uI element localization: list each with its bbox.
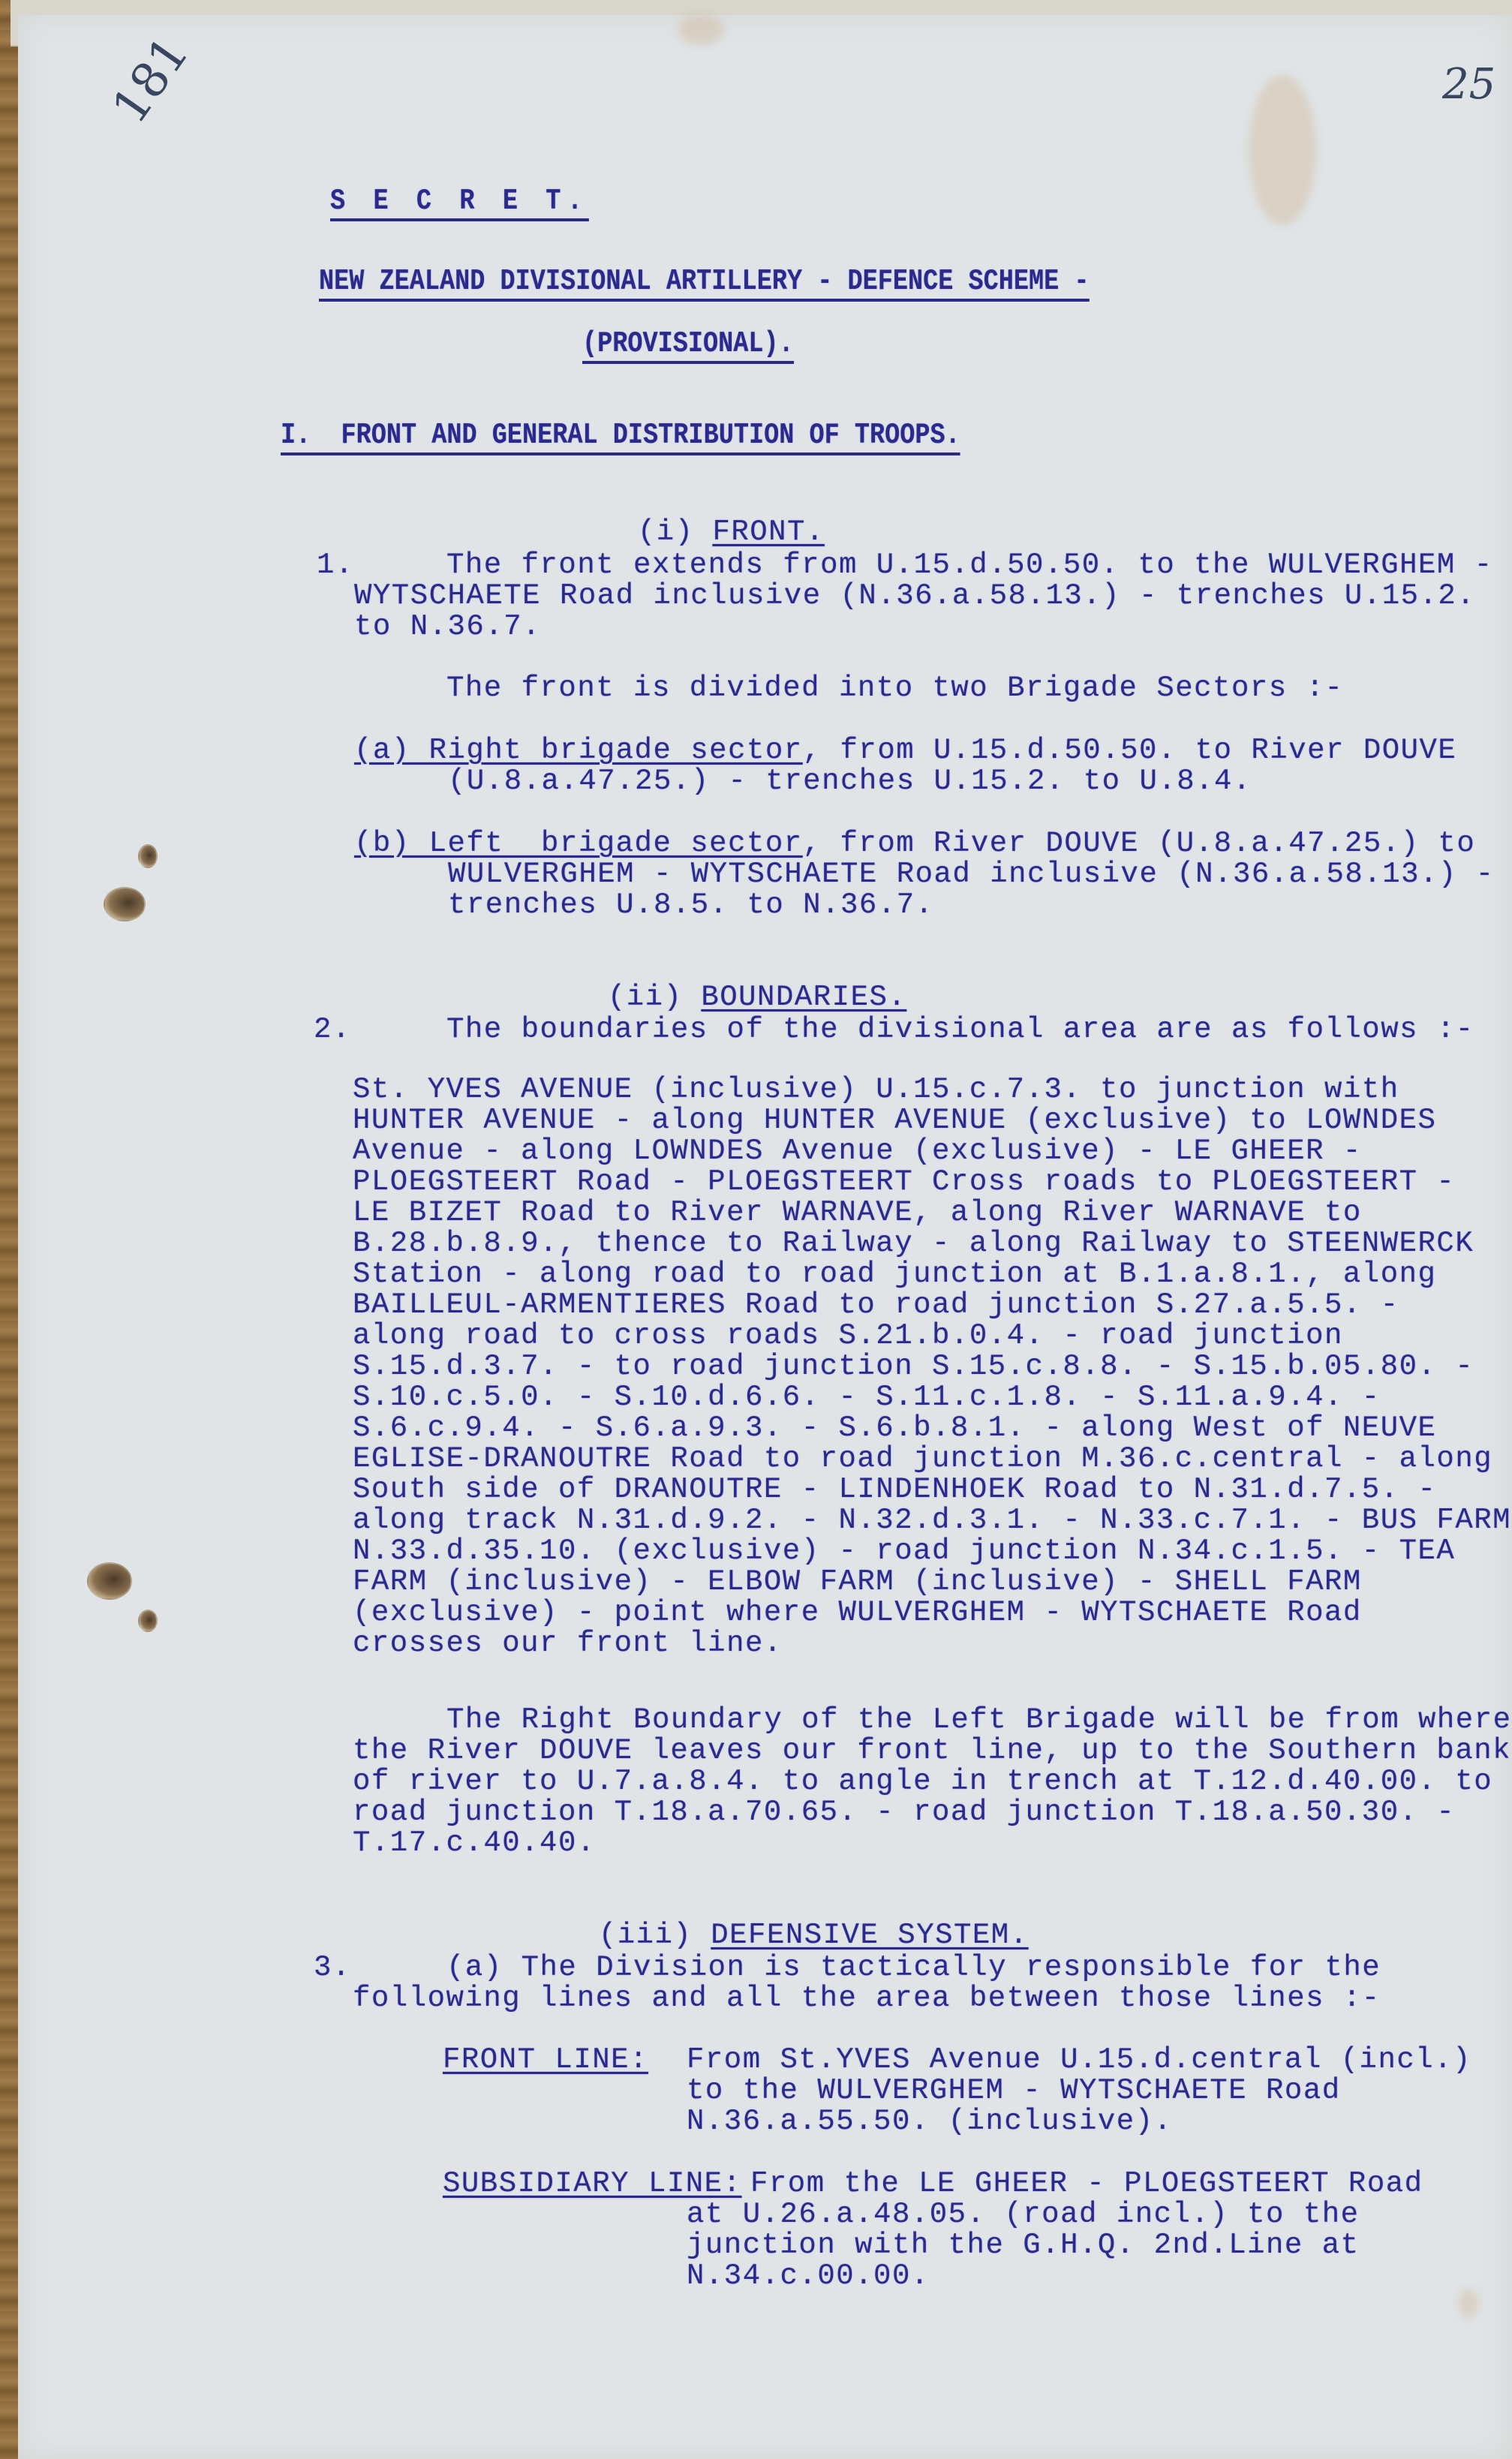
paragraph-line: B.28.b.8.9., thence to Railway - along R… bbox=[353, 1228, 1474, 1259]
paper-stain bbox=[678, 15, 723, 45]
subsidiary-line-text: From the LE GHEER - PLOEGSTEERT Road bbox=[750, 2169, 1423, 2199]
front-line-label: FRONT LINE: bbox=[443, 2045, 648, 2076]
paragraph-line: BAILLEUL-ARMENTIERES Road to road juncti… bbox=[353, 1290, 1399, 1321]
paragraph-line: The Right Boundary of the Left Brigade w… bbox=[446, 1705, 1512, 1736]
paragraph-line: S.6.c.9.4. - S.6.a.9.3. - S.6.b.8.1. - a… bbox=[353, 1413, 1436, 1444]
paragraph-line: along road to cross roads S.21.b.0.4. - … bbox=[353, 1321, 1343, 1351]
paragraph-line: crosses our front line. bbox=[353, 1628, 783, 1659]
paper-stain bbox=[1459, 2289, 1478, 2319]
sector-b: (b) Left brigade sector, from River DOUV… bbox=[354, 828, 1475, 859]
paragraph-line: to N.36.7. bbox=[354, 612, 541, 642]
punch-hole bbox=[138, 844, 158, 868]
subsidiary-line-text: N.34.c.00.00. bbox=[687, 2261, 930, 2292]
subsection-heading-defensive-system: (iii) DEFENSIVE SYSTEM. bbox=[561, 1889, 1029, 1951]
paragraph-line: road junction T.18.a.70.65. - road junct… bbox=[353, 1797, 1455, 1828]
subsection-numeral: (iii) bbox=[599, 1919, 693, 1952]
subsection-heading-front: (i) FRONT. bbox=[600, 486, 825, 548]
paragraph-line: the River DOUVE leaves our front line, u… bbox=[353, 1736, 1511, 1766]
paragraph-line: (a) The Division is tactically responsib… bbox=[446, 1952, 1381, 1983]
punch-hole bbox=[138, 1610, 158, 1632]
sector-line: , from U.15.d.50.50. to River DOUVE bbox=[803, 734, 1457, 767]
paragraph-line: S.15.d.3.7. - to road junction S.15.c.8.… bbox=[353, 1351, 1474, 1382]
paragraph-line: HUNTER AVENUE - along HUNTER AVENUE (exc… bbox=[353, 1105, 1436, 1136]
paragraph-line: PLOEGSTEERT Road - PLOEGSTEERT Cross roa… bbox=[353, 1167, 1455, 1198]
sector-line: trenches U.8.5. to N.36.7. bbox=[448, 890, 934, 921]
subsection-numeral: (i) bbox=[638, 516, 694, 549]
paragraph-line: WYTSCHAETE Road inclusive (N.36.a.58.13.… bbox=[354, 581, 1475, 612]
section-heading: I. FRONT AND GENERAL DISTRIBUTION OF TRO… bbox=[281, 420, 960, 455]
front-line-text: N.36.a.55.50. (inclusive). bbox=[687, 2106, 1173, 2137]
paragraph-line: FARM (inclusive) - ELBOW FARM (inclusive… bbox=[353, 1567, 1362, 1598]
paragraph-number: 1. bbox=[317, 550, 354, 581]
paragraph-line: The front is divided into two Brigade Se… bbox=[446, 673, 1343, 704]
sector-label: (b) Left brigade sector bbox=[354, 827, 803, 860]
paragraph-line: following lines and all the area between… bbox=[353, 1983, 1381, 2014]
paragraph-line: of river to U.7.a.8.4. to angle in trenc… bbox=[353, 1766, 1492, 1797]
paragraph-line: along track N.31.d.9.2. - N.32.d.3.1. - … bbox=[353, 1505, 1511, 1536]
paragraph-line: The front extends from U.15.d.50.50. to … bbox=[446, 550, 1493, 581]
subsection-title: DEFENSIVE SYSTEM. bbox=[711, 1919, 1028, 1952]
document-title: NEW ZEALAND DIVISIONAL ARTILLERY - DEFEN… bbox=[319, 266, 1090, 302]
paragraph-line: South side of DRANOUTRE - LINDENHOEK Roa… bbox=[353, 1474, 1436, 1505]
paragraph-line: (exclusive) - point where WULVERGHEM - W… bbox=[353, 1598, 1362, 1628]
sector-a: (a) Right brigade sector, from U.15.d.50… bbox=[354, 735, 1456, 766]
subsection-title: BOUNDARIES. bbox=[701, 981, 906, 1014]
sector-line: WULVERGHEM - WYTSCHAETE Road inclusive (… bbox=[448, 859, 1495, 890]
subsection-title: FRONT. bbox=[712, 516, 824, 549]
document-subtitle: (PROVISIONAL). bbox=[582, 329, 794, 364]
subsidiary-line-text: at U.26.a.48.05. (road incl.) to the bbox=[687, 2199, 1360, 2230]
sector-line: (U.8.a.47.25.) - trenches U.15.2. to U.8… bbox=[448, 766, 1252, 797]
paragraph-line: Avenue - along LOWNDES Avenue (exclusive… bbox=[353, 1136, 1362, 1167]
subsidiary-line-text: junction with the G.H.Q. 2nd.Line at bbox=[687, 2230, 1360, 2261]
paragraph-line: Station - along road to road junction at… bbox=[353, 1259, 1436, 1290]
front-line-text: to the WULVERGHEM - WYTSCHAETE Road bbox=[687, 2076, 1341, 2106]
sector-line: , from River DOUVE (U.8.a.47.25.) to bbox=[803, 827, 1476, 860]
paragraph-line: St. YVES AVENUE (inclusive) U.15.c.7.3. … bbox=[353, 1075, 1399, 1105]
classification-heading: S E C R E T. bbox=[330, 186, 589, 221]
paper-stain bbox=[1249, 75, 1316, 225]
paragraph-line: The boundaries of the divisional area ar… bbox=[446, 1015, 1474, 1045]
front-line-text: From St.YVES Avenue U.15.d.central (incl… bbox=[687, 2045, 1471, 2076]
subsidiary-line-label: SUBSIDIARY LINE: bbox=[443, 2169, 741, 2199]
paragraph-number: 2. bbox=[314, 1015, 351, 1045]
paragraph-number: 3. bbox=[314, 1952, 351, 1983]
page-number: 25 bbox=[1442, 60, 1495, 109]
paragraph-line: T.17.c.40.40. bbox=[353, 1828, 596, 1859]
paragraph-line: N.33.d.35.10. (exclusive) - road junctio… bbox=[353, 1536, 1455, 1567]
subsection-heading-boundaries: (ii) BOUNDARIES. bbox=[570, 951, 906, 1013]
punch-hole bbox=[104, 887, 146, 921]
sector-label: (a) Right brigade sector bbox=[354, 734, 803, 767]
paragraph-line: S.10.c.5.0. - S.10.d.6.6. - S.11.c.1.8. … bbox=[353, 1382, 1381, 1413]
paragraph-line: EGLISE-DRANOUTRE Road to road junction M… bbox=[353, 1444, 1492, 1474]
paragraph-line: LE BIZET Road to River WARNAVE, along Ri… bbox=[353, 1198, 1362, 1228]
punch-hole bbox=[87, 1562, 132, 1600]
subsection-numeral: (ii) bbox=[608, 981, 683, 1014]
